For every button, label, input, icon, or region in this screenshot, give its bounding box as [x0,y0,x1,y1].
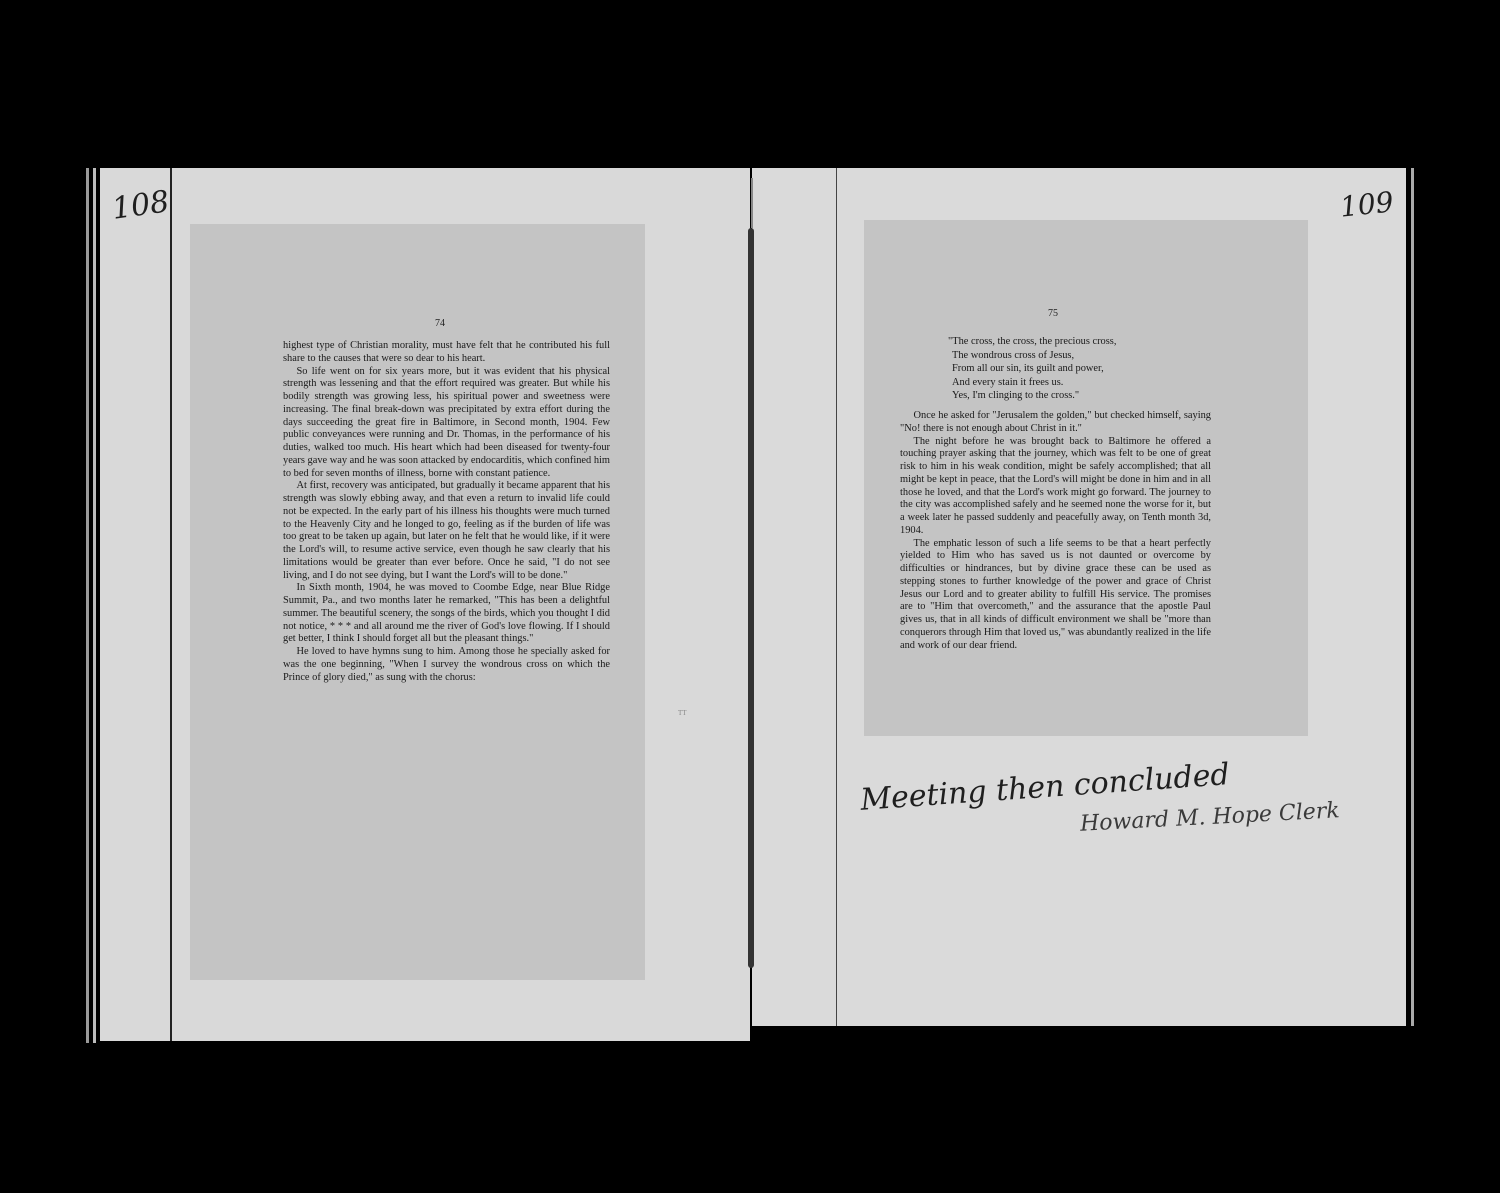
verse-line: From all our sin, its guilt and power, [948,362,1116,376]
page-edge-stripe [86,168,89,1043]
paragraph: He loved to have hymns sung to him. Amon… [283,646,610,684]
folio-number-right: 109 [1338,185,1395,223]
clipping-page-number-left: 74 [435,318,445,329]
verse-line: "The cross, the cross, the precious cros… [948,335,1116,349]
verse-line: Yes, I'm clinging to the cross." [948,389,1116,403]
verse-line: And every stain it frees us. [948,376,1116,390]
clipping-text-right: Once he asked for "Jerusalem the golden,… [900,410,1211,652]
paragraph: At first, recovery was anticipated, but … [283,480,610,582]
verse-line: The wondrous cross of Jesus, [948,349,1116,363]
margin-rule-right [836,168,837,1026]
hymn-verse: "The cross, the cross, the precious cros… [948,335,1116,403]
paragraph: The night before he was brought back to … [900,436,1211,538]
paragraph: Once he asked for "Jerusalem the golden,… [900,410,1211,436]
paragraph: The emphatic lesson of such a life seems… [900,538,1211,653]
clipping-text-left: highest type of Christian morality, must… [283,340,610,684]
clipping-page-number-right: 75 [1048,308,1058,319]
book-gutter [748,228,754,968]
paragraph: So life went on for six years more, but … [283,366,610,481]
paragraph: In Sixth month, 1904, he was moved to Co… [283,582,610,646]
gutter-stamp: TT [678,709,687,717]
page-edge-stripe-right [1411,168,1414,1026]
margin-rule-left [170,168,172,1041]
paragraph: highest type of Christian morality, must… [283,340,610,366]
gutter-crease-top [751,178,753,228]
page-edge-stripe [93,168,96,1043]
